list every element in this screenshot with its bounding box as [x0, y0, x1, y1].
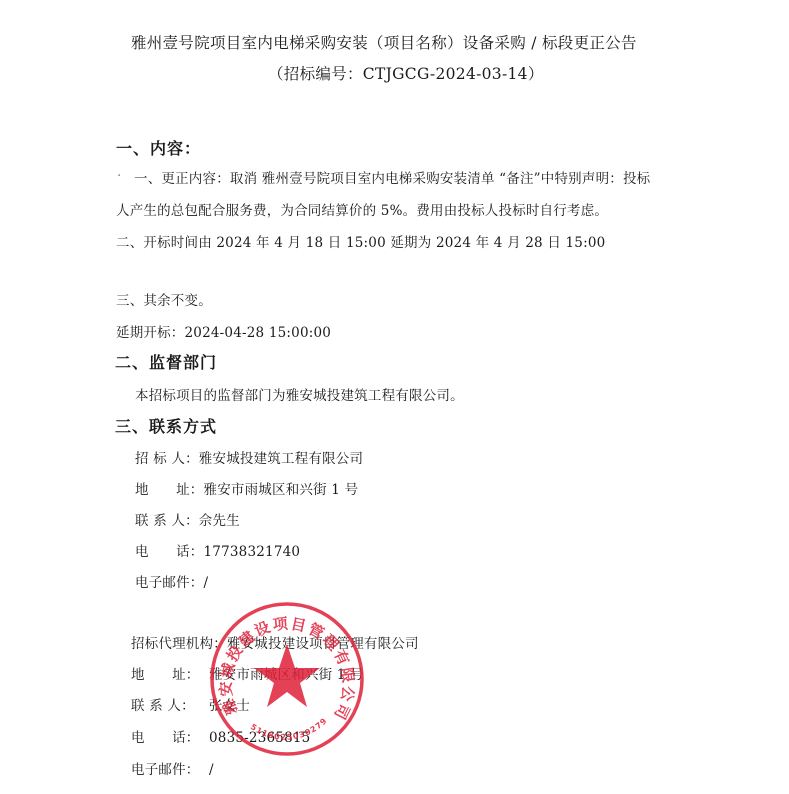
correction-line-2: 人产生的总包配合服务费，为合同结算价的 5%。费用由投标人投标时自行考虑。 [116, 199, 608, 219]
correction-line-1: 一、更正内容：取消 雅州壹号院项目室内电梯采购安装清单 “备注”中特别声明：投标 [134, 167, 650, 187]
agency-row: 电 话：0835-2365815 [131, 726, 310, 746]
field-value: / [209, 762, 214, 778]
field-label: 地 址： [135, 478, 204, 498]
agency-row: 联 系 人：张女士 [131, 694, 250, 714]
section-heading-contact: 三、联系方式 [115, 414, 217, 437]
field-label: 招标代理机构： [131, 632, 227, 652]
tenderer-row: 电子邮件：/ [135, 571, 208, 591]
field-value: 张女士 [209, 698, 250, 714]
field-label: 电 话： [135, 540, 204, 560]
field-value: 0835-2365815 [209, 730, 310, 746]
delayed-opening: 延期开标：2024-04-28 15:00:00 [116, 321, 331, 341]
section-heading-supervision: 二、监督部门 [115, 350, 217, 373]
field-value: 雅安市雨城区和兴街 1 号 [209, 667, 364, 683]
page-title: 雅州壹号院项目室内电梯采购安装（项目名称）设备采购 / 标段更正公告 [131, 31, 637, 53]
tenderer-row: 联 系 人：佘先生 [135, 509, 240, 529]
section-heading-content: 一、内容： [116, 136, 201, 159]
field-value: 雅安城投建设项目管理有限公司 [227, 636, 419, 652]
field-value: 雅安市雨城区和兴街 1 号 [204, 482, 359, 498]
field-label: 地 址： [131, 663, 209, 683]
agency-row: 地 址：雅安市雨城区和兴街 1 号 [131, 663, 364, 683]
tender-number: （招标编号：CTJGCG-2024-03-14） [268, 62, 544, 84]
agency-row: 电子邮件：/ [131, 758, 214, 778]
field-value: 雅安城投建筑工程有限公司 [199, 451, 363, 467]
supervision-text: 本招标项目的监督部门为雅安城投建筑工程有限公司。 [135, 384, 464, 404]
tenderer-row: 招 标 人：雅安城投建筑工程有限公司 [135, 447, 363, 467]
field-label: 电子邮件： [131, 758, 209, 778]
opening-time-change: 二、开标时间由 2024 年 4 月 18 日 15:00 延期为 2024 年… [116, 231, 605, 251]
field-label: 联 系 人： [131, 694, 209, 714]
tenderer-row: 地 址：雅安市雨城区和兴街 1 号 [135, 478, 358, 498]
tenderer-row: 电 话：17738321740 [135, 540, 300, 560]
field-label: 电子邮件： [135, 571, 204, 591]
field-label: 招 标 人： [135, 447, 199, 467]
field-value: / [204, 575, 209, 591]
field-value: 17738321740 [204, 544, 301, 560]
field-value: 佘先生 [199, 513, 240, 529]
agency-row: 招标代理机构：雅安城投建设项目管理有限公司 [131, 632, 419, 652]
bullet-dot: · [117, 168, 122, 184]
rest-unchanged: 三、其余不变。 [116, 289, 212, 309]
field-label: 电 话： [131, 726, 209, 746]
field-label: 联 系 人： [135, 509, 199, 529]
